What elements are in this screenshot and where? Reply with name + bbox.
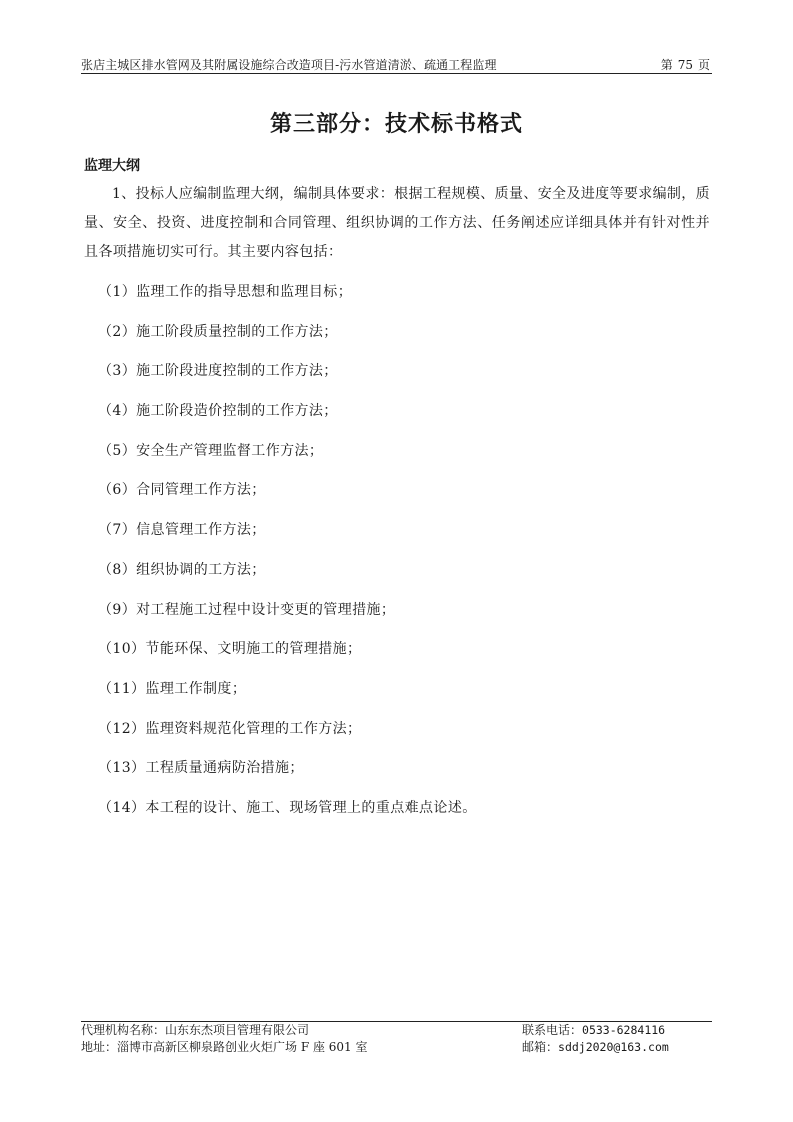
email-info: 邮箱：sddj2020@163.com: [522, 1039, 669, 1056]
page-number: 75: [678, 58, 693, 72]
address: 淄博市高新区柳泉路创业火炬广场 F 座 601 室: [117, 1040, 368, 1054]
email-label: 邮箱：: [522, 1040, 558, 1054]
list-item: （2）施工阶段质量控制的工作方法；: [98, 323, 477, 363]
list-item: （6）合同管理工作方法；: [98, 481, 477, 521]
list-item: （12）监理资料规范化管理的工作方法；: [98, 720, 477, 760]
page-number-label: 第75页: [661, 56, 710, 73]
footer-row-agency: 代理机构名称：山东东杰项目管理有限公司 联系电话：0533-6284116: [81, 1022, 712, 1039]
list-item: （7）信息管理工作方法；: [98, 521, 477, 561]
list-item: （13）工程质量通病防治措施；: [98, 759, 477, 799]
page-prefix: 第: [661, 58, 673, 72]
list-item: （4）施工阶段造价控制的工作方法；: [98, 402, 477, 442]
address-label: 地址：: [81, 1040, 117, 1054]
subheading: 监理大纲: [84, 155, 140, 175]
list-item: （10）节能环保、文明施工的管理措施；: [98, 640, 477, 680]
list-item: （3）施工阶段进度控制的工作方法；: [98, 362, 477, 402]
email-address: sddj2020@163.com: [558, 1040, 669, 1054]
footer-row-address: 地址：淄博市高新区柳泉路创业火炬广场 F 座 601 室 邮箱：sddj2020…: [81, 1039, 712, 1056]
list-item: （8）组织协调的工方法；: [98, 561, 477, 601]
agency-label: 代理机构名称：: [81, 1023, 165, 1037]
list-item: （1）监理工作的指导思想和监理目标；: [98, 283, 477, 323]
intro-paragraph: 1、投标人应编制监理大纲，编制具体要求：根据工程规模、质量、安全及进度等要求编制…: [84, 180, 710, 267]
list-item: （14）本工程的设计、施工、现场管理上的重点难点论述。: [98, 799, 477, 839]
agency-name: 山东东杰项目管理有限公司: [165, 1023, 309, 1037]
phone-label: 联系电话：: [522, 1023, 582, 1037]
list-item: （9）对工程施工过程中设计变更的管理措施；: [98, 601, 477, 641]
phone-number: 0533-6284116: [582, 1023, 665, 1037]
list-item: （11）监理工作制度；: [98, 680, 477, 720]
page-suffix: 页: [698, 58, 710, 72]
phone-info: 联系电话：0533-6284116: [522, 1022, 665, 1039]
page-footer: 代理机构名称：山东东杰项目管理有限公司 联系电话：0533-6284116 地址…: [81, 1021, 712, 1056]
agency-info: 代理机构名称：山东东杰项目管理有限公司: [81, 1022, 309, 1039]
page-header: 张店主城区排水管网及其附属设施综合改造项目-污水管道清淤、疏通工程监理 第75页: [81, 55, 712, 74]
address-info: 地址：淄博市高新区柳泉路创业火炬广场 F 座 601 室: [81, 1039, 368, 1056]
requirements-list: （1）监理工作的指导思想和监理目标； （2）施工阶段质量控制的工作方法； （3）…: [98, 283, 477, 839]
list-item: （5）安全生产管理监督工作方法；: [98, 442, 477, 482]
section-title: 第三部分：技术标书格式: [0, 107, 793, 138]
document-title: 张店主城区排水管网及其附属设施综合改造项目-污水管道清淤、疏通工程监理: [81, 56, 497, 73]
